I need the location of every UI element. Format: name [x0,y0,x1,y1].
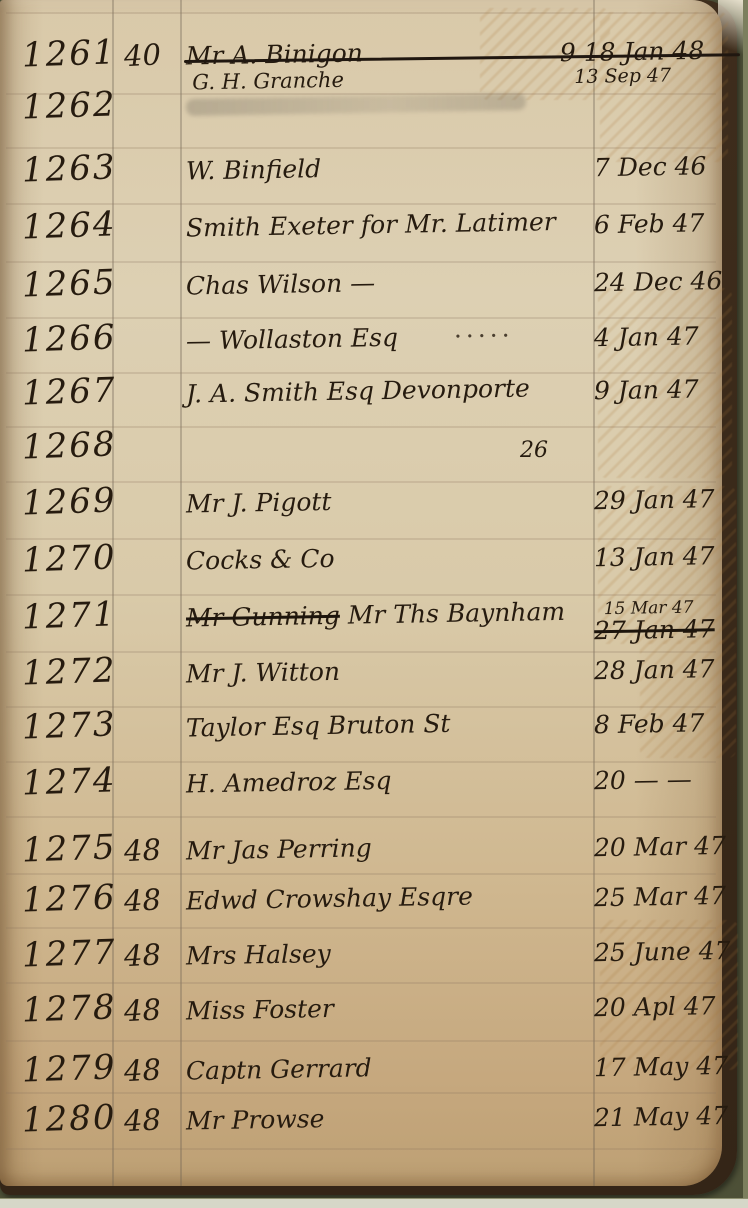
name-text: Chas Wilson — [186,268,376,300]
fee-number: 48 [123,882,173,918]
name-entry: Chas Wilson — [186,265,586,302]
entry-number: 1264 [21,204,114,247]
name-text: Mr J. Pigott [186,487,332,519]
date-text: 20 Mar 47 [594,832,744,863]
name-text: Taylor Esq Bruton St [186,709,451,743]
scan-edge-bottom [0,1199,748,1208]
date-text: 25 Mar 47 [594,882,744,913]
fee-number: 48 [123,832,173,868]
name-text: Mr A. Binigon [186,38,364,70]
name-entry: Mr Prowse [186,1100,586,1137]
entry-number: 1269 [21,480,114,523]
ledger-row: 1262 [0,82,722,152]
name-text: H. Amedroz Esq [186,766,392,799]
date-text: 20 — — [594,765,744,796]
date-text: 13 Jan 47 [594,542,744,573]
name-text: Mr Prowse [186,1104,325,1135]
name-entry: Edwd Crowshay Esqre [186,880,586,917]
fee-number: 48 [123,1052,173,1088]
entry-number: 1268 [21,424,114,467]
name-entry: Mr Gunning Mr Ths Baynham [186,597,586,634]
date-text: 17 May 47 [594,1052,744,1083]
date-entry: 4 Jan 47 [594,322,744,353]
date-entry: 17 May 47 [594,1052,744,1083]
date-text: 29 Jan 47 [594,485,744,516]
date-entry: 29 Jan 47 [594,485,744,516]
entry-number: 1277 [21,932,114,975]
fee-number: 40 [123,37,173,73]
crossed-out-date: 27 Jan 47 [594,615,744,646]
name-text: J. A. Smith Esq Devonporte [186,373,530,408]
name-text: Mrs Halsey [186,939,331,971]
scanned-ledger-page: 126140Mr A. BinigonG. H. Granche9 18 Jan… [0,0,748,1208]
entry-number: 1278 [21,987,114,1030]
name-entry: Mr J. Witton [186,653,586,690]
name-entry: Smith Exeter for Mr. Latimer [186,207,586,244]
date-text: 6 Feb 47 [594,209,744,240]
name-entry: Mr Jas Perring [186,830,586,867]
entry-number: 1279 [21,1047,114,1090]
date-text: 8 Feb 47 [594,709,744,740]
entry-number: 1276 [21,877,114,920]
date-text: 4 Jan 47 [594,322,744,353]
name-entry: Mrs Halsey [186,935,586,972]
entry-number: 1266 [21,317,114,360]
date-text: 28 Jan 47 [594,655,744,686]
date-entry: 28 Jan 47 [594,655,744,686]
dotted-flourish: ····· [454,321,514,351]
name-text: Mr Jas Perring [186,833,372,865]
entry-number: 1263 [21,147,114,190]
name-entry: Taylor Esq Bruton St [186,707,586,744]
date-entry: 21 May 47 [594,1102,744,1133]
name-text: Captn Gerrard [186,1053,372,1085]
ledger-paper: 126140Mr A. BinigonG. H. Granche9 18 Jan… [0,0,722,1186]
date-entry: 13 Jan 47 [594,542,744,573]
date-entry: 9 18 Jan 4813 Sep 47 [560,37,711,88]
date-entry: 20 Apl 47 [594,992,744,1023]
entry-number: 1273 [21,704,114,747]
erased-text-smudge [186,93,526,116]
entry-number: 1275 [21,827,114,870]
fee-number: 48 [123,992,173,1028]
name-entry: Cocks & Co [186,540,586,577]
entry-number: 1271 [21,594,114,637]
date-entry: 24 Dec 46 [594,267,744,298]
entry-number: 1265 [21,262,114,305]
date-entry: 20 — — [594,765,744,796]
date-entry: 20 Mar 47 [594,832,744,863]
date-entry: 9 Jan 47 [594,375,744,406]
margin-note: 26 [520,438,548,463]
entry-number: 1270 [21,537,114,580]
name-text: Mr J. Witton [186,657,340,689]
entry-number: 1274 [21,760,114,803]
name-text: Cocks & Co [186,544,335,576]
name-entry: H. Amedroz Esq [186,763,586,800]
date-text: 9 Jan 47 [594,375,744,406]
ledger-row: 128048Mr Prowse21 May 47 [0,1095,722,1165]
date-text: 24 Dec 46 [594,267,744,298]
name-entry: Captn Gerrard [186,1050,586,1087]
date-text: 25 June 47 [594,937,744,968]
entry-number: 1280 [21,1097,114,1140]
name-text: Smith Exeter for Mr. Latimer [186,207,556,242]
name-text: W. Binfield [186,154,322,185]
entry-number: 1272 [21,650,114,693]
name-text: Edwd Crowshay Esqre [186,881,473,915]
date-entry: 8 Feb 47 [594,709,744,740]
entry-number: 1267 [21,370,114,413]
name-entry: Miss Foster [186,990,586,1027]
fee-number: 48 [123,937,173,973]
fee-number: 48 [123,1102,173,1138]
date-entry: 7 Dec 46 [594,152,744,183]
date-text: 7 Dec 46 [594,152,744,183]
date-entry: 6 Feb 47 [594,209,744,240]
date-entry: 25 June 47 [594,937,744,968]
name-text: Mr Ths Baynham [340,597,566,630]
name-entry: W. Binfield [186,150,586,187]
name-entry: Mr J. Pigott [186,483,586,520]
date-text: 21 May 47 [594,1102,744,1133]
entry-number: 1262 [21,84,114,127]
name-text: Miss Foster [186,994,334,1026]
date-text: 9 18 Jan 48 [560,37,710,68]
name-entry: — Wollaston Esq····· [186,320,586,357]
name-text: — Wollaston Esq [186,323,398,356]
date-entry: 25 Mar 47 [594,882,744,913]
date-text: 20 Apl 47 [594,992,744,1023]
ledger-row: 1274H. Amedroz Esq20 — — [0,758,722,828]
scan-edge-right [743,0,748,1199]
name-entry: J. A. Smith Esq Devonporte [186,373,586,410]
date-entry: 15 Mar 4727 Jan 47 [594,599,745,646]
entry-number: 1261 [21,32,114,75]
crossed-out-name: Mr Gunning [186,601,340,633]
